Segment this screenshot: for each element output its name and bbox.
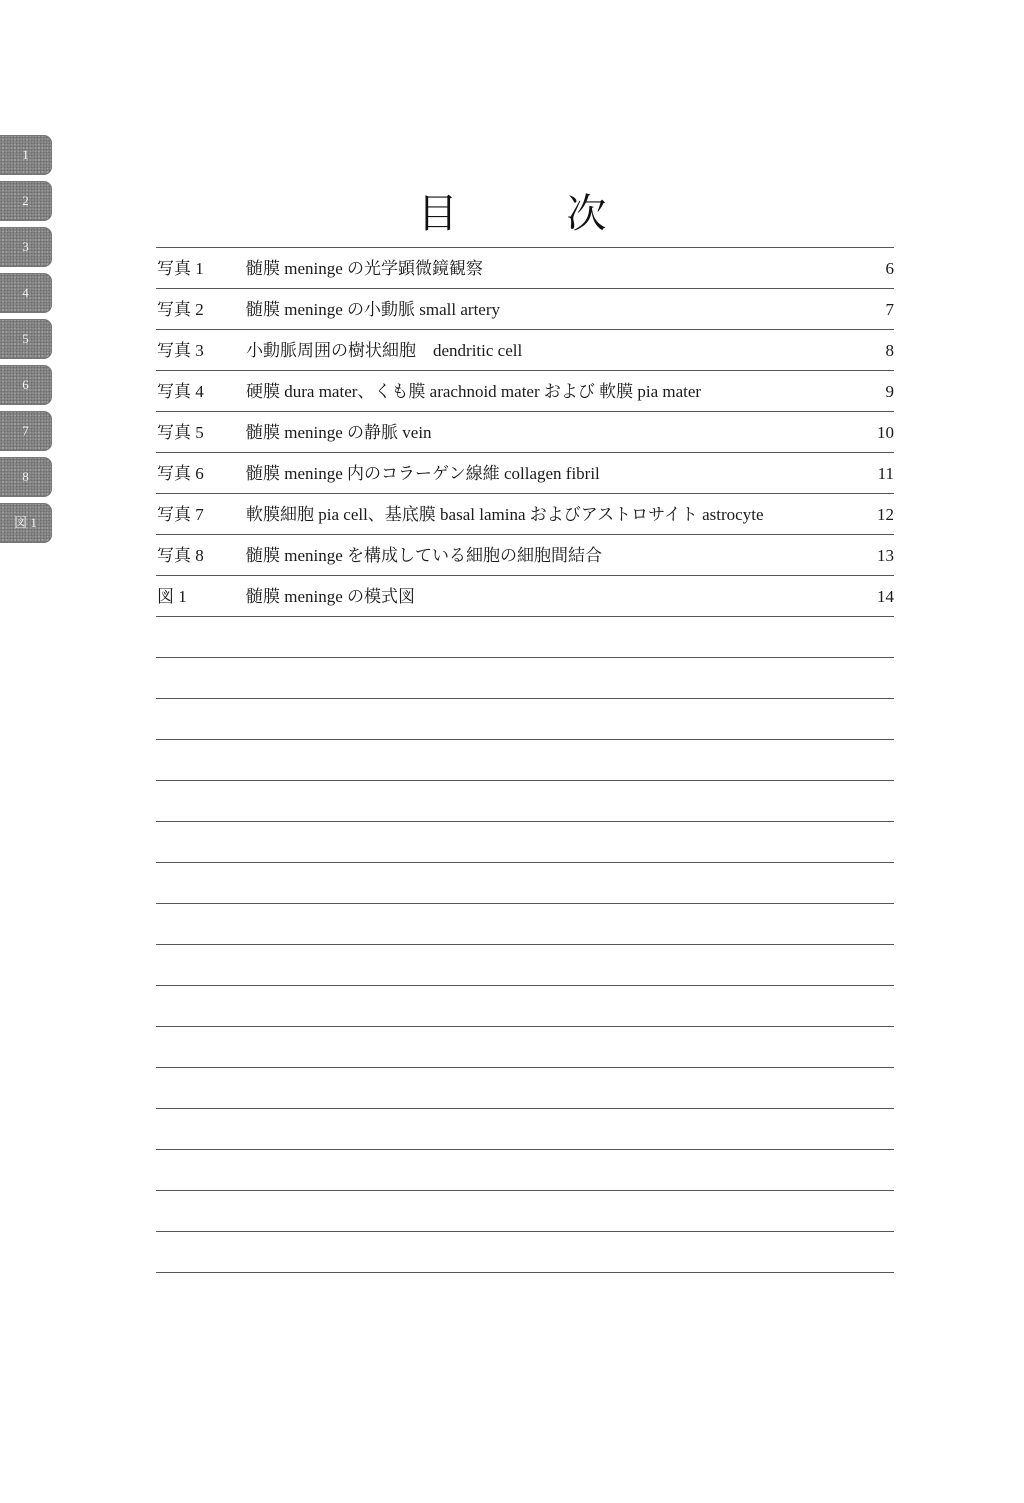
- toc-row[interactable]: 写真 1 髄膜 meninge の光学顕微鏡観察 6: [156, 247, 894, 288]
- empty-rule: [156, 903, 894, 904]
- toc-page: 7: [886, 288, 895, 332]
- toc-label: 写真 2: [157, 288, 204, 332]
- toc-page: 8: [886, 329, 895, 373]
- toc-row[interactable]: 図 1 髄膜 meninge の模式図 14: [156, 575, 894, 616]
- empty-rule: [156, 1190, 894, 1191]
- toc-text: 髄膜 meninge を構成している細胞の細胞間結合: [246, 534, 602, 578]
- chapter-tab-figure-1[interactable]: 図 1: [0, 503, 52, 543]
- toc-row[interactable]: 写真 4 硬膜 dura mater、くも膜 arachnoid mater お…: [156, 370, 894, 411]
- toc-row[interactable]: 写真 8 髄膜 meninge を構成している細胞の細胞間結合 13: [156, 534, 894, 575]
- toc-page: 12: [877, 493, 894, 537]
- toc-label: 写真 6: [157, 452, 204, 496]
- toc-row[interactable]: 写真 3 小動脈周囲の樹状細胞 dendritic cell 8: [156, 329, 894, 370]
- empty-rule: [156, 1231, 894, 1232]
- empty-rule: [156, 1026, 894, 1027]
- toc-page: 11: [878, 452, 894, 496]
- toc-page: 10: [877, 411, 894, 455]
- toc-page: 9: [886, 370, 895, 414]
- toc-row[interactable]: 写真 7 軟膜細胞 pia cell、基底膜 basal lamina およびア…: [156, 493, 894, 534]
- toc-page: 6: [886, 247, 895, 291]
- toc-page: 13: [877, 534, 894, 578]
- toc-text: 髄膜 meninge 内のコラーゲン線維 collagen fibril: [246, 452, 600, 496]
- chapter-tab-6[interactable]: 6: [0, 365, 52, 405]
- toc-row[interactable]: 写真 5 髄膜 meninge の静脈 vein 10: [156, 411, 894, 452]
- toc-text: 軟膜細胞 pia cell、基底膜 basal lamina およびアストロサイ…: [246, 493, 763, 537]
- toc-text: 髄膜 meninge の光学顕微鏡観察: [246, 247, 483, 291]
- empty-rule: [156, 1149, 894, 1150]
- chapter-tab-8[interactable]: 8: [0, 457, 52, 497]
- empty-rule: [156, 1272, 894, 1273]
- toc-text: 髄膜 meninge の模式図: [246, 575, 415, 619]
- toc-row[interactable]: 写真 6 髄膜 meninge 内のコラーゲン線維 collagen fibri…: [156, 452, 894, 493]
- toc-label: 写真 3: [157, 329, 204, 373]
- divider: [156, 616, 894, 617]
- toc-row[interactable]: 写真 2 髄膜 meninge の小動脈 small artery 7: [156, 288, 894, 329]
- empty-rule: [156, 1108, 894, 1109]
- chapter-tab-7[interactable]: 7: [0, 411, 52, 451]
- empty-rule: [156, 821, 894, 822]
- empty-rule: [156, 985, 894, 986]
- toc-label: 写真 1: [157, 247, 204, 291]
- empty-rule: [156, 739, 894, 740]
- empty-rule: [156, 780, 894, 781]
- page-title: 目 次: [0, 182, 1024, 239]
- chapter-tab-4[interactable]: 4: [0, 273, 52, 313]
- toc-label: 図 1: [157, 575, 187, 619]
- toc-text: 硬膜 dura mater、くも膜 arachnoid mater および 軟膜…: [246, 370, 701, 414]
- empty-rule: [156, 862, 894, 863]
- toc-label: 写真 4: [157, 370, 204, 414]
- toc-label: 写真 7: [157, 493, 204, 537]
- toc-page: 14: [877, 575, 894, 619]
- chapter-tab-5[interactable]: 5: [0, 319, 52, 359]
- toc-text: 髄膜 meninge の小動脈 small artery: [246, 288, 500, 332]
- empty-rule: [156, 698, 894, 699]
- empty-rule: [156, 657, 894, 658]
- toc-label: 写真 5: [157, 411, 204, 455]
- empty-rule: [156, 944, 894, 945]
- toc-label: 写真 8: [157, 534, 204, 578]
- toc-text: 小動脈周囲の樹状細胞 dendritic cell: [246, 329, 522, 373]
- chapter-tab-1[interactable]: 1: [0, 135, 52, 175]
- empty-rule: [156, 1067, 894, 1068]
- toc-text: 髄膜 meninge の静脈 vein: [246, 411, 432, 455]
